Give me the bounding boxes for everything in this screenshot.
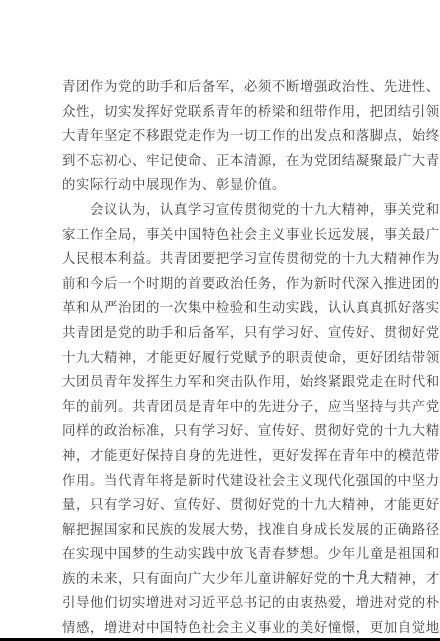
text-line: 众性，切实发挥好党联系青年的桥梁和纽带作用，把团结引领广 bbox=[62, 101, 390, 126]
text-line: 到不忘初心、牢记使命、正本清源，在为党团结凝聚最广大青年 bbox=[62, 150, 390, 175]
text-line: 家工作全局，事关中国特色社会主义事业长远发展，事关最广大 bbox=[62, 224, 390, 249]
text-line: 青团作为党的助手和后备军，必须不断增强政治性、先进性、群 bbox=[62, 76, 390, 101]
body-text: 青团作为党的助手和后备军，必须不断增强政治性、先进性、群 众性，切实发挥好党联系… bbox=[62, 76, 390, 641]
text-line: 神，才能更好保持自身的先进性，更好发挥在青年中的模范带头 bbox=[62, 445, 390, 470]
text-line: 大青年坚定不移跟党走作为一切工作的出发点和落脚点，始终做 bbox=[62, 125, 390, 150]
text-line: 会议认为，认真学习宣传贯彻党的十九大精神，事关党和国 bbox=[62, 199, 390, 224]
text-line: 在实现中国梦的生动实践中放飞青春梦想。少年儿童是祖国和民 bbox=[62, 543, 390, 568]
text-line: 解把握国家和民族的发展大势，找准自身成长发展的正确路径， bbox=[62, 519, 390, 544]
text-line: 十九大精神，才能更好履行党赋予的职责使命，更好团结带领广 bbox=[62, 347, 390, 372]
document-page: 青团作为党的助手和后备军，必须不断增强政治性、先进性、群 众性，切实发挥好党联系… bbox=[0, 0, 440, 638]
text-line: 引导他们切实增进对习近平总书记的由衷热爱，增进对党的朴素 bbox=[62, 592, 390, 617]
page-number: — 3 — bbox=[342, 568, 386, 582]
text-line: 量，只有学习好、宣传好、贯彻好党的十九大精神，才能更好了 bbox=[62, 494, 390, 519]
text-line: 族的未来，只有面向广大少年儿童讲解好党的十九大精神，才能 bbox=[62, 568, 390, 593]
text-line: 的实际行动中展现作为、彰显价值。 bbox=[62, 174, 390, 199]
text-line: 大团员青年发挥生力军和突击队作用，始终紧跟党走在时代和青 bbox=[62, 371, 390, 396]
text-line: 革和从严治团的一次集中检验和生动实践，认认真真抓好落实。 bbox=[62, 297, 390, 322]
text-line: 共青团是党的助手和后备军，只有学习好、宣传好、贯彻好党的 bbox=[62, 322, 390, 347]
text-line: 作用。当代青年将是新时代建设社会主义现代化强国的中坚力 bbox=[62, 470, 390, 495]
text-line: 同样的政治标准，只有学习好、宣传好、贯彻好党的十九大精 bbox=[62, 420, 390, 445]
text-line: 年的前列。共青团员是青年中的先进分子，应当坚持与共产党员 bbox=[62, 396, 390, 421]
text-line: 前和今后一个时期的首要政治任务，作为新时代深入推进团的改 bbox=[62, 273, 390, 298]
text-line: 人民根本利益。共青团要把学习宣传贯彻党的十九大精神作为当 bbox=[62, 248, 390, 273]
